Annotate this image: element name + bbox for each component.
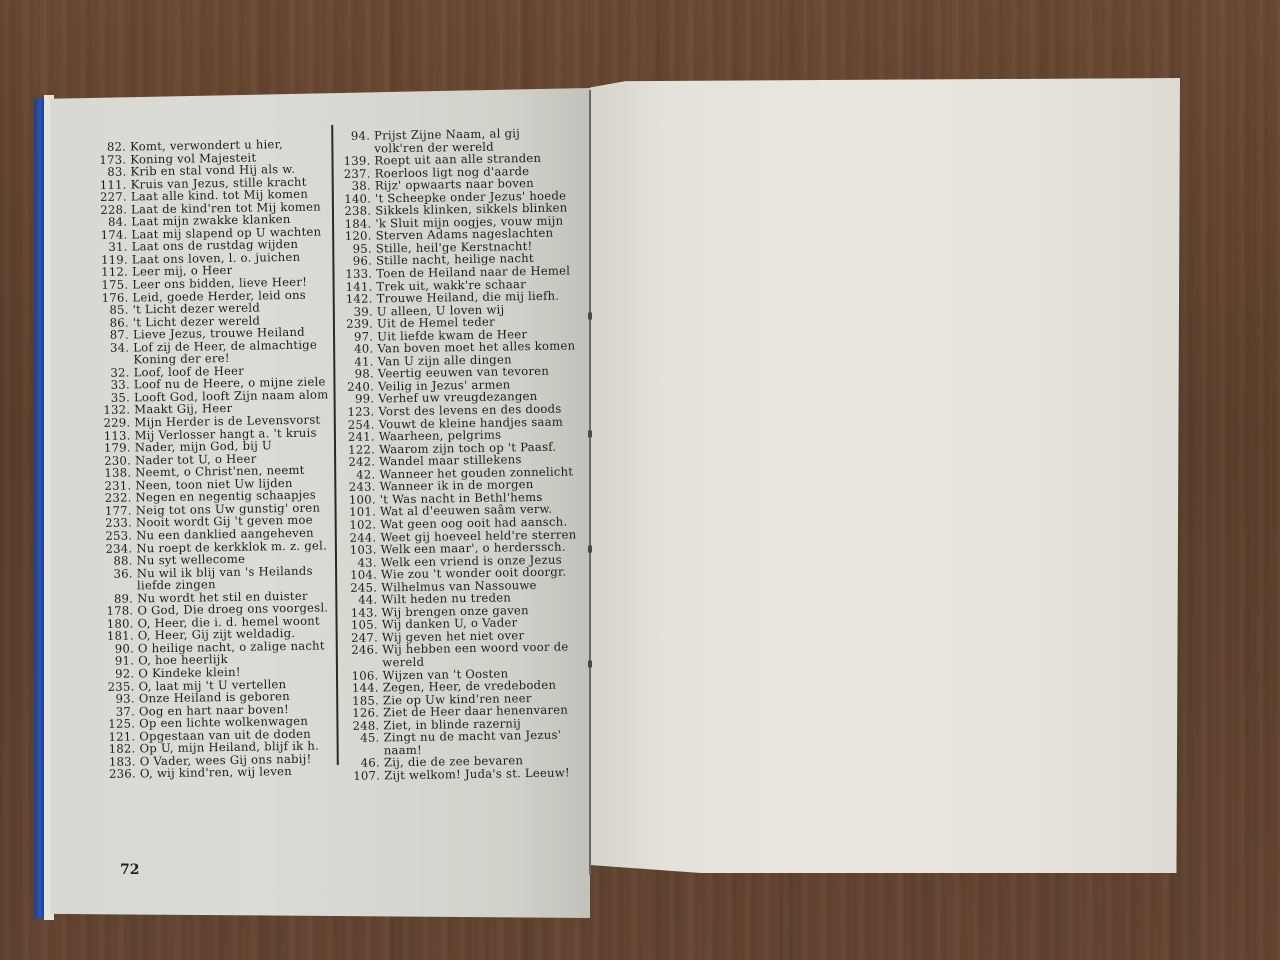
song-number: 246. — [348, 644, 382, 657]
song-number: 94. — [340, 129, 374, 142]
song-number: 236. — [106, 768, 140, 781]
index-column-left: 82.Komt, verwondert u hier,173.Koning vo… — [96, 137, 346, 781]
song-number: 45. — [349, 732, 383, 745]
song-title: Zijt welkom! Juda's st. Leeuw! — [384, 766, 595, 782]
song-number: 34. — [99, 341, 133, 354]
right-page-blank — [590, 78, 1180, 873]
page-number: 72 — [120, 862, 139, 878]
index-column-right: 94.Prijst Zijne Naam, al gijvolk'ren der… — [340, 126, 595, 782]
song-number: 36. — [103, 567, 137, 580]
binding-stitch — [588, 312, 592, 320]
song-number: 107. — [350, 769, 384, 782]
